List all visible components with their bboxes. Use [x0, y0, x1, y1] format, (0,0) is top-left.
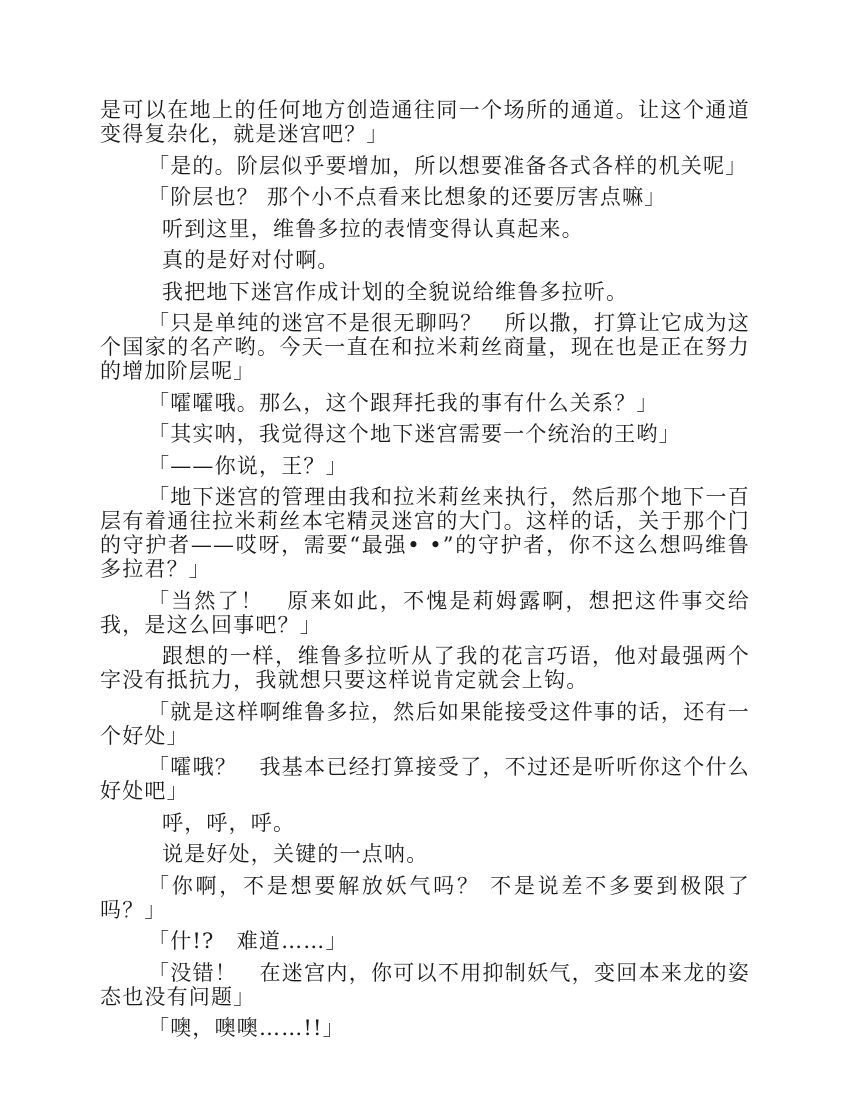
- paragraph-dialog: 「地下迷宫的管理由我和拉米莉丝来执行，然后那个地下一百层有着通往拉米莉丝本宅精灵…: [100, 485, 750, 581]
- paragraph-dialog: 「当然了！ 原来如此，不愧是莉姆露啊，想把这件事交给我，是这么回事吧？」: [100, 589, 750, 637]
- paragraph-dialog: 「你啊，不是想要解放妖气吗？ 不是说差不多要到极限了吗？」: [100, 874, 750, 922]
- paragraph-narration: 我把地下迷宫作成计划的全貌说给维鲁多拉听。: [100, 280, 750, 304]
- paragraph-dialog: 「就是这样啊维鲁多拉，然后如果能接受这件事的话，还有一个好处」: [100, 700, 750, 748]
- paragraph-dialog: 「其实呐，我觉得这个地下迷宫需要一个统治的王哟」: [100, 422, 750, 446]
- paragraph-dialog: 「噢，噢噢……!!」: [100, 1016, 750, 1040]
- document-page: 是可以在地上的任何地方创造通往同一个场所的通道。让这个通道变得复杂化，就是迷宫吧…: [100, 98, 750, 1048]
- paragraph-dialog: 「阶层也？ 那个小不点看来比想象的还要厉害点嘛」: [100, 185, 750, 209]
- paragraph-dialog: 「是的。阶层似乎要增加，所以想要准备各式各样的机关呢」: [100, 154, 750, 178]
- paragraph-dialog: 「——你说，王？」: [100, 454, 750, 478]
- paragraph-dialog: 「什!? 难道……」: [100, 929, 750, 953]
- paragraph-narration: 听到这里，维鲁多拉的表情变得认真起来。: [100, 217, 750, 241]
- paragraph-narration: 真的是好对付啊。: [100, 248, 750, 272]
- paragraph-narration: 说是好处，关键的一点呐。: [100, 842, 750, 866]
- paragraph-narration: 跟想的一样，维鲁多拉听从了我的花言巧语，他对最强两个字没有抵抗力，我就想只要这样…: [100, 644, 750, 692]
- paragraph-narration: 呼，呼，呼。: [100, 811, 750, 835]
- paragraph-dialog: 「嚯哦？ 我基本已经打算接受了，不过还是听听你这个什么好处吧」: [100, 755, 750, 803]
- paragraph-dialog: 「嚯嚯哦。那么，这个跟拜托我的事有什么关系？」: [100, 391, 750, 415]
- paragraph-dialog: 「只是单纯的迷宫不是很无聊吗？ 所以撒，打算让它成为这个国家的名产哟。今天一直在…: [100, 311, 750, 383]
- paragraph-dialog: 「没错！ 在迷宫内，你可以不用抑制妖气，变回本来龙的姿态也没有问题」: [100, 961, 750, 1009]
- paragraph-continuation: 是可以在地上的任何地方创造通往同一个场所的通道。让这个通道变得复杂化，就是迷宫吧…: [100, 98, 750, 146]
